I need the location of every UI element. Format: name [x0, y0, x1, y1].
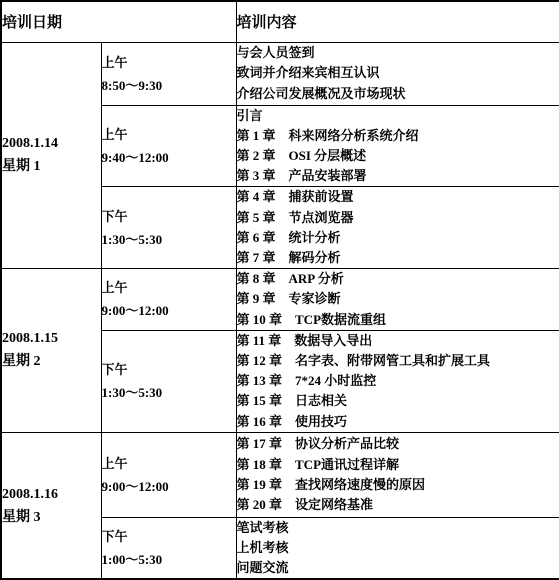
content-cell: 第 4 章 捕获前设置 第 5 章 节点浏览器 第 6 章 统计分析 第 7 章…: [236, 187, 559, 269]
content-item: 第 6 章 统计分析: [237, 228, 559, 248]
date-cell-day3: 2008.1.16 星期 3: [1, 432, 101, 579]
weekday-text: 星期 1: [2, 155, 101, 178]
weekday-text: 星期 2: [2, 350, 101, 373]
content-item: 引言: [237, 106, 559, 126]
content-cell: 引言 第 1 章 科来网络分析系统介绍 第 2 章 OSI 分层概述 第 3 章…: [236, 105, 559, 187]
content-item: 笔试考核: [237, 518, 559, 538]
header-training-date: 培训日期: [1, 1, 236, 42]
date-text: 2008.1.15: [2, 327, 101, 350]
content-item: 第 15 章 日志相关: [237, 391, 559, 411]
time-cell: 下午 1:00～5:30: [101, 517, 236, 579]
content-item: 第 9 章 专家诊断: [237, 289, 559, 309]
period-label: 上午: [102, 452, 236, 475]
content-cell: 第 11 章 数据导入导出 第 12 章 名字表、附带网管工具和扩展工具 第 1…: [236, 330, 559, 432]
content-item: 第 19 章 查找网络速度慢的原因: [237, 475, 559, 495]
period-label: 上午: [102, 276, 236, 299]
content-item: 第 17 章 协议分析产品比较: [237, 434, 559, 454]
content-item: 第 12 章 名字表、附带网管工具和扩展工具: [237, 351, 559, 371]
date-text: 2008.1.16: [2, 483, 101, 506]
time-range: 1:30～5:30: [102, 228, 236, 251]
content-item: 第 20 章 设定网络基准: [237, 495, 559, 515]
time-range: 9:00～12:00: [102, 299, 236, 322]
header-row: 培训日期 培训内容: [1, 1, 559, 42]
content-item: 第 3 章 产品安装部署: [237, 166, 559, 186]
content-item: 第 18 章 TCP通讯过程详解: [237, 455, 559, 475]
time-range: 9:00～12:00: [102, 475, 236, 498]
time-cell: 上午 8:50～9:30: [101, 42, 236, 105]
period-label: 上午: [102, 51, 236, 74]
content-item: 介绍公司发展概况及市场现状: [237, 84, 559, 104]
time-cell: 上午 9:00～12:00: [101, 269, 236, 331]
content-cell: 笔试考核 上机考核 问题交流: [236, 517, 559, 579]
time-range: 1:00～5:30: [102, 548, 236, 571]
content-item: 问题交流: [237, 558, 559, 578]
time-cell: 下午 1:30～5:30: [101, 330, 236, 432]
weekday-text: 星期 3: [2, 506, 101, 529]
table-row: 2008.1.16 星期 3 上午 9:00～12:00 第 17 章 协议分析…: [1, 432, 559, 517]
content-item: 第 8 章 ARP 分析: [237, 269, 559, 289]
content-item: 第 13 章 7*24 小时监控: [237, 371, 559, 391]
content-item: 第 5 章 节点浏览器: [237, 208, 559, 228]
time-range: 9:40～12:00: [102, 146, 236, 169]
time-range: 8:50～9:30: [102, 74, 236, 97]
content-item: 第 11 章 数据导入导出: [237, 331, 559, 351]
content-item: 第 2 章 OSI 分层概述: [237, 146, 559, 166]
content-item: 致词并介绍来宾相互认识: [237, 63, 559, 83]
date-cell-day1: 2008.1.14 星期 1: [1, 42, 101, 269]
content-item: 第 16 章 使用技巧: [237, 412, 559, 432]
content-item: 第 1 章 科来网络分析系统介绍: [237, 126, 559, 146]
period-label: 上午: [102, 123, 236, 146]
training-schedule-page: 培训日期 培训内容 2008.1.14 星期 1 上午 8:50～9:30 与会…: [0, 0, 559, 570]
time-cell: 下午 1:30～5:30: [101, 187, 236, 269]
table-row: 2008.1.15 星期 2 上午 9:00～12:00 第 8 章 ARP 分…: [1, 269, 559, 331]
date-text: 2008.1.14: [2, 132, 101, 155]
content-item: 与会人员签到: [237, 43, 559, 63]
time-range: 1:30～5:30: [102, 381, 236, 404]
date-cell-day2: 2008.1.15 星期 2: [1, 269, 101, 433]
content-item: 上机考核: [237, 538, 559, 558]
period-label: 下午: [102, 525, 236, 548]
content-cell: 第 17 章 协议分析产品比较 第 18 章 TCP通讯过程详解 第 19 章 …: [236, 432, 559, 517]
table-row: 2008.1.14 星期 1 上午 8:50～9:30 与会人员签到 致词并介绍…: [1, 42, 559, 105]
period-label: 下午: [102, 358, 236, 381]
content-item: 第 4 章 捕获前设置: [237, 187, 559, 207]
content-item: 第 10 章 TCP数据流重组: [237, 310, 559, 330]
content-cell: 与会人员签到 致词并介绍来宾相互认识 介绍公司发展概况及市场现状: [236, 42, 559, 105]
training-schedule-table: 培训日期 培训内容 2008.1.14 星期 1 上午 8:50～9:30 与会…: [0, 0, 559, 580]
content-item: 第 7 章 解码分析: [237, 248, 559, 268]
time-cell: 上午 9:40～12:00: [101, 105, 236, 187]
period-label: 下午: [102, 205, 236, 228]
header-training-content: 培训内容: [236, 1, 559, 42]
time-cell: 上午 9:00～12:00: [101, 432, 236, 517]
content-cell: 第 8 章 ARP 分析 第 9 章 专家诊断 第 10 章 TCP数据流重组: [236, 269, 559, 331]
